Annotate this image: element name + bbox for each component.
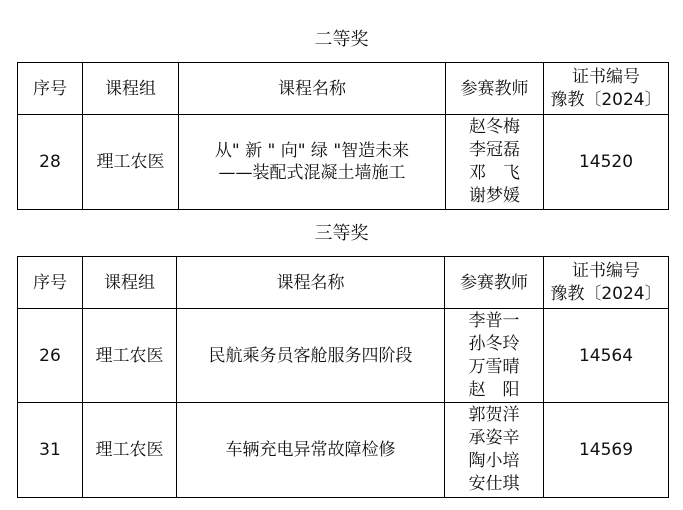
teacher-name: 谢梦媛	[446, 185, 543, 208]
cell-cert-no: 14564	[544, 309, 669, 403]
header-index: 序号	[18, 63, 83, 115]
header-cert: 证书编号 豫教〔2024〕	[544, 257, 669, 309]
section-title-third-prize: 三等奖	[0, 223, 683, 245]
teacher-name: 李冠磊	[446, 139, 543, 162]
table-row: 31 理工农医 车辆充电异常故障检修 郭贺洋 承姿辛 陶小培 安仕琪 14569	[18, 403, 669, 498]
header-cert-line1: 证书编号	[544, 66, 668, 89]
teacher-name: 万雪晴	[445, 356, 543, 379]
section-title-second-prize: 二等奖	[0, 29, 683, 51]
cell-teachers: 郭贺洋 承姿辛 陶小培 安仕琪	[445, 403, 544, 498]
header-teachers: 参赛教师	[445, 257, 544, 309]
teacher-name: 孙冬玲	[445, 333, 543, 356]
cell-group: 理工农医	[83, 403, 177, 498]
table-header-row: 序号 课程组 课程名称 参赛教师 证书编号 豫教〔2024〕	[18, 63, 669, 115]
course-name-line2: ——装配式混凝土墙施工	[179, 162, 445, 184]
third-prize-table: 序号 课程组 课程名称 参赛教师 证书编号 豫教〔2024〕 26 理工农医 民…	[17, 256, 669, 498]
table-header-row: 序号 课程组 课程名称 参赛教师 证书编号 豫教〔2024〕	[18, 257, 669, 309]
header-cert-line2: 豫教〔2024〕	[544, 89, 668, 112]
second-prize-table: 序号 课程组 课程名称 参赛教师 证书编号 豫教〔2024〕 28 理工农医 从…	[17, 62, 669, 210]
header-group: 课程组	[83, 63, 179, 115]
header-cert-line1: 证书编号	[544, 260, 668, 283]
header-group: 课程组	[83, 257, 177, 309]
teacher-name: 承姿辛	[445, 427, 543, 450]
cell-cert-no: 14520	[544, 115, 669, 210]
teacher-name: 邓 飞	[446, 162, 543, 185]
teacher-name: 赵冬梅	[446, 116, 543, 139]
header-teachers: 参赛教师	[446, 63, 544, 115]
cell-cert-no: 14569	[544, 403, 669, 498]
header-index: 序号	[18, 257, 83, 309]
teacher-name: 安仕琪	[445, 473, 543, 496]
table-row: 26 理工农医 民航乘务员客舱服务四阶段 李普一 孙冬玲 万雪晴 赵 阳 145…	[18, 309, 669, 403]
cell-group: 理工农医	[83, 115, 179, 210]
cell-index: 28	[18, 115, 83, 210]
table-row: 28 理工农医 从" 新 " 向" 绿 "智造未来 ——装配式混凝土墙施工 赵冬…	[18, 115, 669, 210]
header-cert: 证书编号 豫教〔2024〕	[544, 63, 669, 115]
teacher-name: 李普一	[445, 310, 543, 333]
teacher-name: 郭贺洋	[445, 404, 543, 427]
cell-course: 车辆充电异常故障检修	[177, 403, 445, 498]
cell-index: 31	[18, 403, 83, 498]
header-course: 课程名称	[177, 257, 445, 309]
cell-index: 26	[18, 309, 83, 403]
course-name-line1: 从" 新 " 向" 绿 "智造未来	[179, 140, 445, 162]
cell-course: 从" 新 " 向" 绿 "智造未来 ——装配式混凝土墙施工	[179, 115, 446, 210]
header-course: 课程名称	[179, 63, 446, 115]
cell-teachers: 赵冬梅 李冠磊 邓 飞 谢梦媛	[446, 115, 544, 210]
header-cert-line2: 豫教〔2024〕	[544, 283, 668, 306]
teacher-name: 陶小培	[445, 450, 543, 473]
cell-course: 民航乘务员客舱服务四阶段	[177, 309, 445, 403]
teacher-name: 赵 阳	[445, 379, 543, 402]
cell-teachers: 李普一 孙冬玲 万雪晴 赵 阳	[445, 309, 544, 403]
cell-group: 理工农医	[83, 309, 177, 403]
